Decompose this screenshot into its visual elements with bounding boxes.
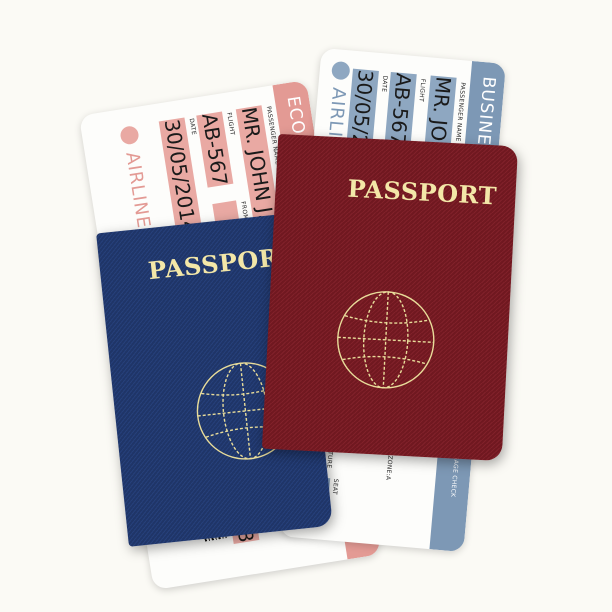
flight-label: FLIGHT bbox=[225, 112, 236, 136]
airline-logo-icon bbox=[331, 61, 351, 81]
flight-label: FLIGHT bbox=[417, 79, 426, 103]
airline-logo-icon bbox=[119, 125, 140, 146]
date-label: DATE bbox=[188, 118, 198, 136]
date-label: DATE bbox=[380, 75, 388, 92]
passport-title: PASSPORT bbox=[347, 174, 498, 211]
seat-label: SEAT bbox=[331, 478, 339, 495]
flight-value: AB-567 bbox=[385, 72, 417, 147]
globe-icon bbox=[331, 285, 440, 394]
zone-value: ZONE:A bbox=[384, 455, 393, 481]
date-value: 30/05/2014 bbox=[159, 117, 203, 235]
red-passport: PASSPORT bbox=[262, 134, 518, 461]
